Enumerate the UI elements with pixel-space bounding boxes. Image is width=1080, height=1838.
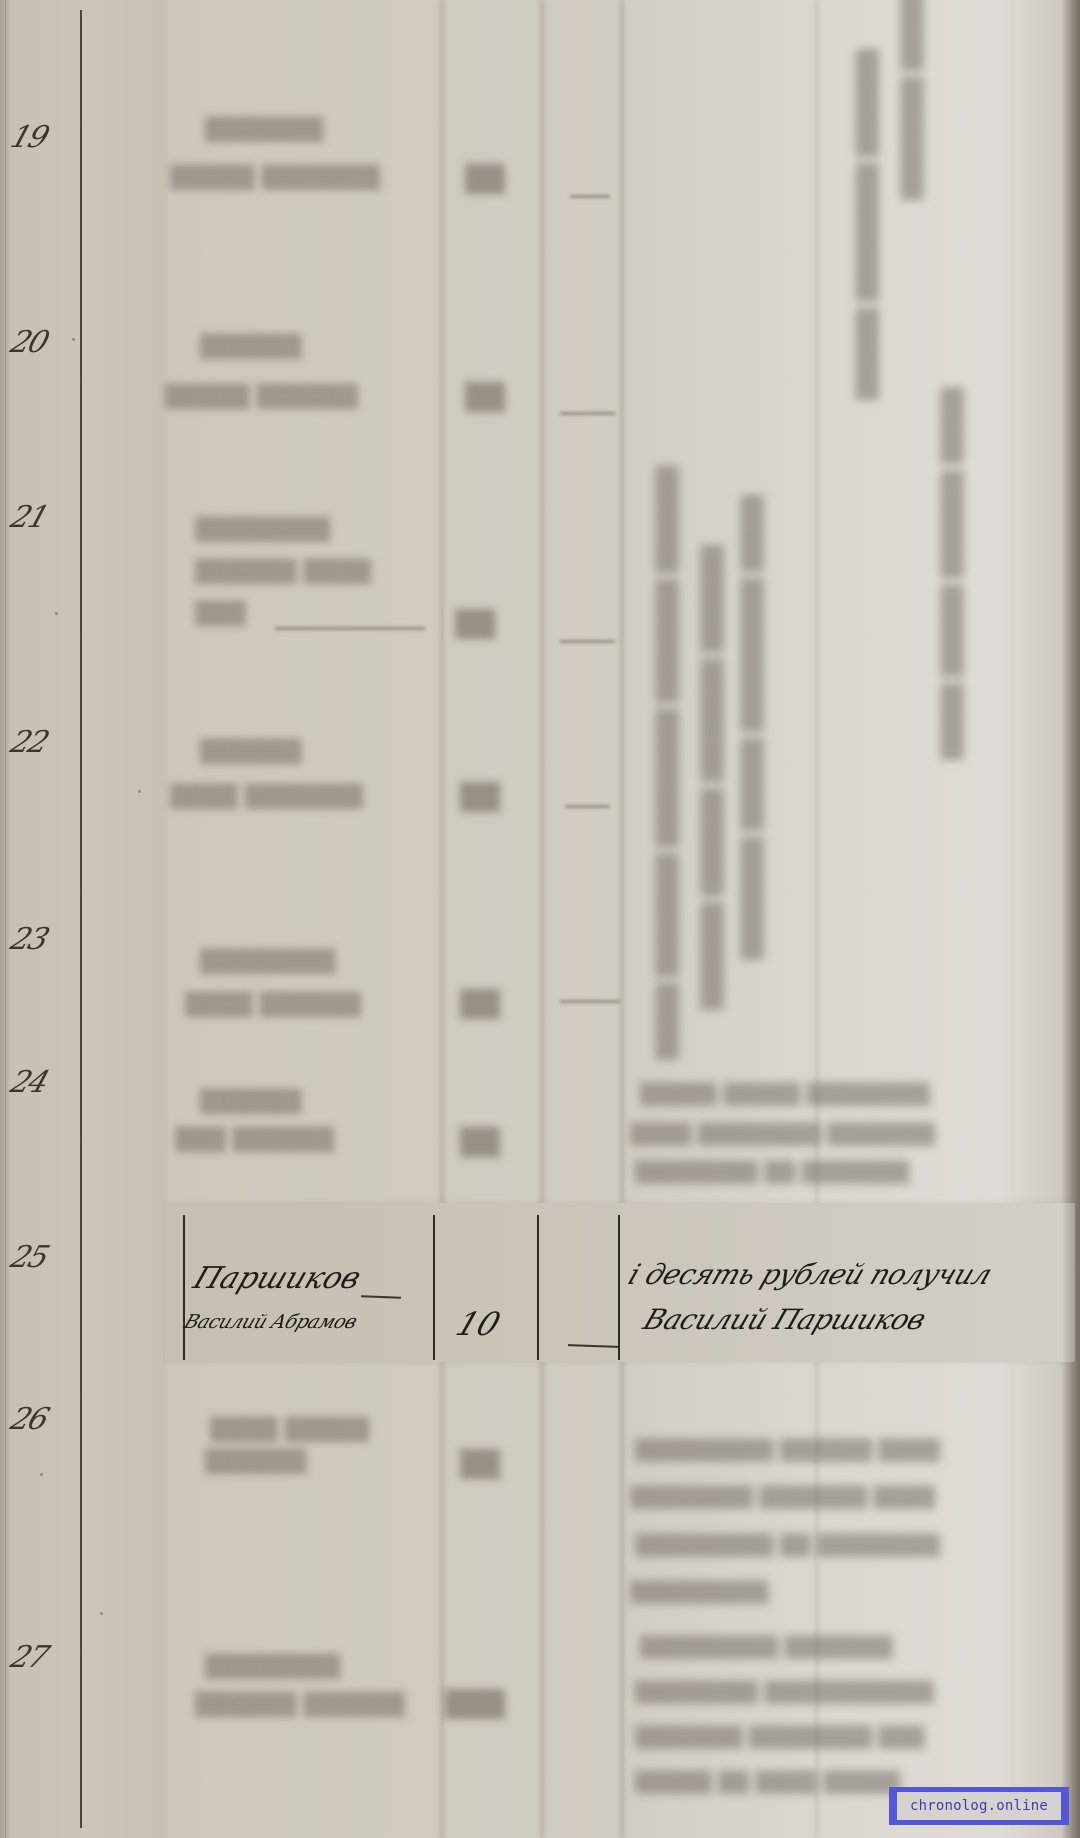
row-19-given-name: ▒▒▒▒▒ ▒▒▒▒▒▒▒ — [170, 166, 380, 191]
row-19-blank-dash — [570, 195, 610, 198]
vertical-remark-line: ▒▒▒▒▒▒▒▒ ▒▒▒▒▒▒ ▒▒▒▒▒▒▒▒▒▒ ▒▒▒▒▒ — [740, 495, 764, 960]
row-27-remark-line: ▒▒▒▒▒ ▒▒ ▒▒▒▒ ▒▒▒▒▒ — [635, 1770, 900, 1794]
row-number-20: 20 — [6, 325, 77, 360]
row-26-remark-line: ▒▒▒▒▒▒▒▒ ▒▒▒▒▒▒▒ ▒▒▒▒ — [630, 1485, 935, 1509]
ledger-page: 19 20 21 22 23 24 25 26 27 ▒▒▒▒▒▒▒ ▒▒▒▒▒… — [0, 0, 1080, 1838]
row-24-given-name: ▒▒▒ ▒▒▒▒▒▒ — [175, 1128, 334, 1153]
row-number-21: 21 — [6, 500, 77, 535]
column-line-remarks-inner — [815, 0, 819, 1838]
row-25-blank-dash — [568, 1344, 618, 1348]
column-line-amount-right — [540, 0, 544, 1838]
row-number-23: 23 — [6, 922, 77, 957]
row-27-remark-line: ▒▒▒▒▒▒▒▒ ▒▒▒▒▒▒▒▒▒▒▒ — [635, 1680, 934, 1704]
vertical-remark-line: ▒▒▒▒▒▒▒ ▒▒▒▒▒▒▒ ▒▒▒▒▒▒▒▒ ▒▒▒▒▒▒▒ — [700, 545, 724, 1010]
row-27-amount: ▒▒▒ — [445, 1690, 505, 1720]
row-20-given-name: ▒▒▒▒▒ ▒▒▒▒▒▒ — [165, 385, 358, 410]
row-26-remark-line: ▒▒▒▒▒▒▒▒▒ — [630, 1580, 768, 1604]
paper-speck — [72, 338, 75, 341]
row-26-remark-line: ▒▒▒▒▒▒▒▒▒ ▒▒ ▒▒▒▒▒▒▒▒ — [635, 1533, 940, 1557]
paper-speck — [55, 612, 58, 615]
row-20-blank-dash — [560, 412, 615, 415]
column-line-blank-right — [620, 0, 624, 1838]
row-24-amount: ▒▒ — [460, 1128, 500, 1158]
row-27-remark-line: ▒▒▒▒▒▒▒▒▒ ▒▒▒▒▒▒▒ — [640, 1635, 892, 1659]
row-20-amount: ▒▒ — [465, 383, 505, 413]
row-23-amount: ▒▒ — [460, 990, 500, 1020]
row-19-amount: ▒▒ — [465, 165, 505, 195]
column-line-name-right — [433, 1215, 435, 1360]
row-25-name-flourish — [361, 1295, 401, 1298]
row-26-remark-line: ▒▒▒▒▒▒▒▒▒ ▒▒▒▒▒▒ ▒▒▒▒ — [635, 1438, 940, 1462]
column-line-blank-right — [618, 1215, 620, 1360]
row-25-surname: Паршиков — [189, 1261, 366, 1296]
row-22-given-name: ▒▒▒▒ ▒▒▒▒▒▒▒ — [170, 785, 363, 810]
margin-rule-line — [80, 10, 82, 1828]
row-26-given-name: ▒▒▒▒▒▒ — [205, 1450, 307, 1475]
row-25-amount: 10 — [451, 1305, 506, 1343]
row-22-surname: ▒▒▒▒▒▒ — [200, 740, 302, 765]
column-line-name-right — [440, 0, 444, 1838]
row-number-27: 27 — [6, 1640, 77, 1675]
row-27-remark-line: ▒▒▒▒▒▒▒ ▒▒▒▒▒▒▒▒ ▒▒▒ — [635, 1725, 925, 1749]
page-border-line — [5, 0, 6, 1838]
paper-speck — [138, 790, 141, 793]
row-22-blank-dash — [565, 805, 610, 808]
row-21-given-name: ▒▒▒▒▒▒ ▒▒▒▒ — [195, 560, 371, 585]
row-24-remark-line: ▒▒▒▒▒ ▒▒▒▒▒ ▒▒▒▒▒▒▒▒ — [640, 1082, 930, 1106]
ledger-row-25: Паршиков Василий Абрамов 10 і десять руб… — [165, 1203, 1075, 1362]
row-23-surname: ▒▒▒▒▒▒▒▒ — [200, 950, 335, 975]
row-26-surname: ▒▒▒▒ ▒▒▒▒▒ — [210, 1418, 369, 1443]
redacted-content-area: ▒▒▒▒▒▒▒ ▒▒▒▒▒ ▒▒▒▒▒▒▒ ▒▒ ▒▒▒▒▒▒ ▒▒▒▒▒ ▒▒… — [165, 0, 1080, 1838]
row-19-surname: ▒▒▒▒▒▒▒ — [205, 118, 323, 143]
watermark-text: chronolog.online — [897, 1792, 1061, 1820]
row-27-surname: ▒▒▒▒▒▒▒▒ — [205, 1655, 340, 1680]
vertical-remark-line: ▒▒▒▒▒ ▒▒▒▒▒▒▒▒ ▒▒▒▒▒▒▒▒▒ ▒▒▒▒▒▒▒▒ ▒▒▒▒▒▒… — [655, 465, 679, 1060]
row-21-amount: ▒▒ — [455, 610, 495, 640]
row-21-name-line3: ▒▒▒ — [195, 602, 246, 627]
row-number-25: 25 — [6, 1240, 77, 1275]
row-25-remark-line-1: і десять рублей получил — [624, 1258, 996, 1291]
row-21-blank-dash — [560, 640, 615, 643]
row-25-remark-line-2: Василий Паршиков — [639, 1303, 930, 1336]
paper-speck — [40, 1473, 43, 1476]
row-21-name-dash — [275, 627, 425, 630]
paper-speck — [100, 1612, 103, 1615]
row-number-22: 22 — [6, 725, 77, 760]
row-25-given-name: Василий Абрамов — [181, 1311, 360, 1333]
row-24-surname: ▒▒▒▒▒▒ — [200, 1090, 302, 1115]
row-27-given-name: ▒▒▒▒▒▒ ▒▒▒▒▒▒ — [195, 1693, 405, 1718]
row-24-remark-line: ▒▒▒▒ ▒▒▒▒▒▒▒▒ ▒▒▒▒▒▒▒ — [630, 1122, 935, 1146]
vertical-remark-line: ▒▒▒▒▒▒ ▒▒▒▒▒▒▒▒▒ ▒▒▒▒▒▒▒ — [855, 49, 879, 400]
row-23-blank-dash — [560, 1000, 620, 1003]
watermark-badge: chronolog.online — [889, 1787, 1069, 1825]
row-26-amount: ▒▒ — [460, 1450, 500, 1480]
row-23-given-name: ▒▒▒▒ ▒▒▒▒▒▒ — [185, 993, 361, 1018]
row-number-19: 19 — [6, 120, 77, 155]
vertical-remark-line: ▒▒▒▒▒▒▒▒ ▒▒▒▒▒▒▒ — [900, 0, 924, 200]
row-20-surname: ▒▒▒▒▒▒ — [200, 335, 302, 360]
row-21-surname: ▒▒▒▒▒▒▒▒ — [195, 518, 330, 543]
row-number-24: 24 — [6, 1065, 77, 1100]
page-fold-shadow — [1062, 0, 1080, 1838]
vertical-remark-line: ▒▒▒▒▒ ▒▒▒▒▒▒ ▒▒▒▒▒▒▒ ▒▒▒▒▒ — [940, 387, 964, 760]
row-22-amount: ▒▒ — [460, 783, 500, 813]
column-line-name-left — [183, 1215, 185, 1360]
column-line-amount-right — [537, 1215, 539, 1360]
row-24-remark-line: ▒▒▒▒▒▒▒▒ ▒▒ ▒▒▒▒▒▒▒ — [635, 1160, 909, 1184]
row-number-26: 26 — [6, 1402, 77, 1437]
